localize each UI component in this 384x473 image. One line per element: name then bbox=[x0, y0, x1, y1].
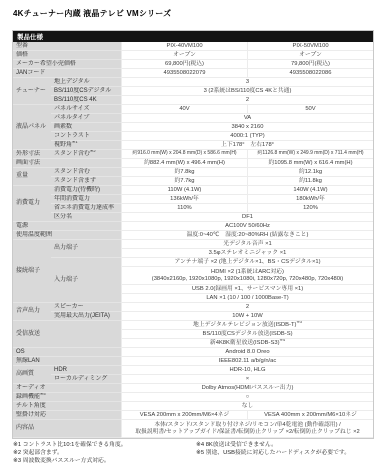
spec-sublabel: ローカルディミング bbox=[51, 375, 121, 384]
spec-sublabel: 省エネ消費電力達成率 bbox=[51, 204, 121, 213]
spec-value: 3 bbox=[121, 78, 373, 87]
spec-label: 型番 bbox=[13, 42, 121, 51]
page-title: 4Kチューナー内蔵 液晶テレビ VMシリーズ bbox=[13, 8, 171, 19]
spec-value: 2 bbox=[121, 96, 373, 105]
spec-group-label: 受信放送 bbox=[13, 321, 121, 348]
spec-value-line: (3840x2160p, 1920x1080p, 1920x1080i, 128… bbox=[122, 276, 373, 282]
spec-group-label: 高画質 bbox=[13, 366, 51, 384]
spec-value: VESA 200mm x 200mm/M6×4ネジ bbox=[121, 411, 247, 420]
spec-label: 電源 bbox=[13, 222, 121, 231]
spec-value: 約7.8kg bbox=[121, 168, 247, 177]
spec-value: 本体/スタンド/スタンド取り付けネジ/リモコン/単4乾電池 (動作確認用) / … bbox=[121, 420, 373, 438]
spec-value: 136kWh/年 bbox=[121, 195, 247, 204]
spec-value: VA bbox=[121, 114, 373, 123]
footnote-marker: ※3 bbox=[296, 321, 302, 324]
spec-value: ○ bbox=[121, 393, 373, 402]
spec-sublabel: パネルタイプ bbox=[51, 114, 121, 123]
spec-value: 140W (4.1W) bbox=[247, 186, 373, 195]
spec-value: なし bbox=[121, 402, 373, 411]
spec-sheet-page: 4Kチューナー内蔵 液晶テレビ VMシリーズ 製品仕様 型番 PIX-40VM1… bbox=[0, 0, 384, 473]
spec-label: 画面寸法 bbox=[13, 159, 121, 168]
spec-value: 4935508022086 bbox=[247, 69, 373, 78]
spec-value: 4935508022079 bbox=[121, 69, 247, 78]
spec-label: チルト角度 bbox=[13, 402, 121, 411]
spec-label: メーカー希望小売価格 bbox=[13, 60, 121, 69]
spec-value: VESA 400mm x 200mm/M6×10ネジ bbox=[247, 411, 373, 420]
spec-sublabel: 消費電力(待機時) bbox=[51, 186, 121, 195]
spec-value: HDR-10, HLG bbox=[121, 366, 373, 375]
spec-table: 製品仕様 型番 PIX-40VM100 PIX-50VM100 価格 オープン … bbox=[12, 30, 374, 439]
footnote-marker: ※5 bbox=[40, 393, 46, 396]
spec-value: Dolby Atmos(HDMIパススルー出力) bbox=[121, 384, 373, 393]
footnote-marker: ※4 bbox=[280, 339, 286, 342]
spec-value-text: BS/110度CSデジタル放送(ISDB-S) bbox=[202, 331, 292, 337]
spec-group-label: 接続端子 bbox=[13, 240, 51, 303]
spec-value: BS/110度CSデジタル放送(ISDB-S) bbox=[121, 330, 373, 339]
spec-sublabel: スタンド含まず bbox=[51, 177, 121, 186]
spec-value: LAN ×1 (10 / 100 / 1000Base-T) bbox=[121, 294, 373, 303]
spec-label: 録画機能※5 bbox=[13, 393, 121, 402]
footnote-marker: ※1 bbox=[72, 141, 78, 144]
spec-value: アンテナ端子 ×2 (地上デジタル×1、BS・CSデジタル×1) bbox=[121, 258, 373, 267]
spec-value: × bbox=[121, 375, 373, 384]
footnote: ※1 コントラスト比10:1を確保できる角度。 bbox=[13, 441, 196, 449]
spec-value-text: 地上デジタルテレビジョン放送(ISDB-T) bbox=[193, 322, 296, 328]
spec-label: 内容品 bbox=[13, 420, 121, 438]
spec-sublabel: 出力端子 bbox=[51, 240, 121, 258]
spec-sublabel: スタンド含む bbox=[51, 168, 121, 177]
spec-value: 約7.7kg bbox=[121, 177, 247, 186]
footnotes-right-column: ※4 8K放送は受信できません。 ※5 別途、USB接続に対応したハードディスク… bbox=[196, 441, 379, 465]
spec-value: 79,800円(税込) bbox=[247, 60, 373, 69]
spec-value: 40V bbox=[121, 105, 247, 114]
spec-sublabel: 区分名 bbox=[51, 213, 121, 222]
spec-sublabel: 年間消費電力 bbox=[51, 195, 121, 204]
spec-value-line: 本体/スタンド/スタンド取り付けネジ/リモコン/単4乾電池 (動作確認用) / bbox=[122, 422, 373, 428]
spec-group-label: 液晶パネル bbox=[13, 105, 51, 150]
spec-sublabel: 入力端子 bbox=[51, 258, 121, 303]
spec-label: 使用温度範囲 bbox=[13, 231, 121, 240]
footnote: ※2 突起部含まず。 bbox=[13, 449, 196, 457]
spec-group-label: 外形寸法 bbox=[13, 150, 51, 159]
spec-group-label: 音声出力 bbox=[13, 303, 51, 321]
spec-group-label: チューナー bbox=[13, 78, 51, 105]
spec-value: 120% bbox=[247, 204, 373, 213]
spec-sublabel: パネルサイズ bbox=[51, 105, 121, 114]
spec-sublabel: 視野角※1 bbox=[51, 141, 121, 150]
spec-label: 無線LAN bbox=[13, 357, 121, 366]
spec-sublabel: スタンド含む※2 bbox=[51, 150, 121, 159]
spec-value: 2 bbox=[121, 303, 373, 312]
spec-value: 地上デジタルテレビジョン放送(ISDB-T)※3 bbox=[121, 321, 373, 330]
spec-label: 壁掛け対応 bbox=[13, 411, 121, 420]
spec-label: JANコード bbox=[13, 69, 121, 78]
spec-value: PIX-40VM100 bbox=[121, 42, 247, 51]
spec-value: 110% bbox=[121, 204, 247, 213]
spec-label: OS bbox=[13, 348, 121, 357]
spec-value: オープン bbox=[247, 51, 373, 60]
spec-value: 新4K8K衛星放送(ISDB-S3)※4 bbox=[121, 339, 373, 348]
spec-sublabel: BS/110度CSデジタル bbox=[51, 87, 121, 96]
footnote: ※4 8K放送は受信できません。 bbox=[196, 441, 379, 449]
spec-group-label: 消費電力 bbox=[13, 186, 51, 222]
spec-value-line: 取扱説明書/セットアップガイド/保証書/転倒防止クリップ ×2/転倒防止クリップ… bbox=[122, 429, 373, 435]
spec-value: 4000:1 (TYP) bbox=[121, 132, 373, 141]
spec-sublabel: コントラスト bbox=[51, 132, 121, 141]
spec-value: IEEE802.11 a/b/g/n/ac bbox=[121, 357, 373, 366]
spec-value: 110W (4.1W) bbox=[121, 186, 247, 195]
footnote: ※5 別途、USB接続に対応したハードディスクが必要です。 bbox=[196, 449, 379, 457]
spec-value: Android 8.0 Oreo bbox=[121, 348, 373, 357]
spec-value: AC100V 50/60Hz bbox=[121, 222, 373, 231]
spec-label: 価格 bbox=[13, 51, 121, 60]
spec-value: USB 2.0(録画用 ×1、サービスマン専用 ×1) bbox=[121, 285, 373, 294]
spec-value: 約12.1kg bbox=[247, 168, 373, 177]
spec-sublabel: 地上デジタル bbox=[51, 78, 121, 87]
spec-value: 69,800円(税込) bbox=[121, 60, 247, 69]
spec-group-label: 重量 bbox=[13, 168, 51, 186]
spec-sublabel-text: 視野角 bbox=[54, 142, 72, 148]
spec-sublabel: スピーカー bbox=[51, 303, 121, 312]
spec-value: 上下178° 左右178° bbox=[121, 141, 373, 150]
spec-label: オーディオ bbox=[13, 384, 121, 393]
footnotes-left-column: ※1 コントラスト比10:1を確保できる角度。 ※2 突起部含まず。 ※3 周波… bbox=[13, 441, 196, 465]
spec-value: 約11.8kg bbox=[247, 177, 373, 186]
spec-value: 3840 x 2160 bbox=[121, 123, 373, 132]
table-header: 製品仕様 bbox=[13, 31, 373, 42]
spec-value: 180kWh/年 bbox=[247, 195, 373, 204]
footnote-marker: ※2 bbox=[90, 150, 96, 153]
spec-value: PIX-50VM100 bbox=[247, 42, 373, 51]
spec-value: 約1095.8 mm(W) x 616.4 mm(H) bbox=[247, 159, 373, 168]
spec-value: 50V bbox=[247, 105, 373, 114]
spec-value: オープン bbox=[121, 51, 247, 60]
footnote: ※3 周波数変換パススルー方式対応。 bbox=[13, 457, 196, 465]
spec-value: 3.5φステレオミニジャック ×1 bbox=[121, 249, 373, 258]
spec-sublabel-text: スタンド含む bbox=[54, 151, 90, 157]
spec-value: 約916.0 mm(W) x 204.8 mm(D) x 586.6 mm(H) bbox=[121, 150, 247, 159]
spec-value: 光デジタル音声 ×1 bbox=[121, 240, 373, 249]
spec-sublabel: 画素数 bbox=[51, 123, 121, 132]
spec-value-text: 新4K8K衛星放送(ISDB-S3) bbox=[210, 340, 280, 346]
spec-value: DF1 bbox=[121, 213, 373, 222]
spec-value: HDMI ×2 (1系統はARC対応) (3840x2160p, 1920x10… bbox=[121, 267, 373, 285]
spec-value: 約1126.8 mm(W) x 249.9 mm(D) x 711.4 mm(H… bbox=[247, 150, 373, 159]
footnotes: ※1 コントラスト比10:1を確保できる角度。 ※2 突起部含まず。 ※3 周波… bbox=[13, 441, 379, 465]
spec-sublabel: BS/110度CS 4K bbox=[51, 96, 121, 105]
spec-value: 温度:0~40℃ 湿度:20~80%RH (結露なきこと) bbox=[121, 231, 373, 240]
spec-sublabel: 実用最大出力(JEITA) bbox=[51, 312, 121, 321]
spec-value: 3 (2系統はBS/110度CS 4Kと共通) bbox=[121, 87, 373, 96]
spec-value: 10W + 10W bbox=[121, 312, 373, 321]
spec-sublabel: HDR bbox=[51, 366, 121, 375]
spec-label-text: 録画機能 bbox=[16, 394, 40, 400]
spec-value: 約882.4 mm(W) x 496.4 mm(H) bbox=[121, 159, 247, 168]
